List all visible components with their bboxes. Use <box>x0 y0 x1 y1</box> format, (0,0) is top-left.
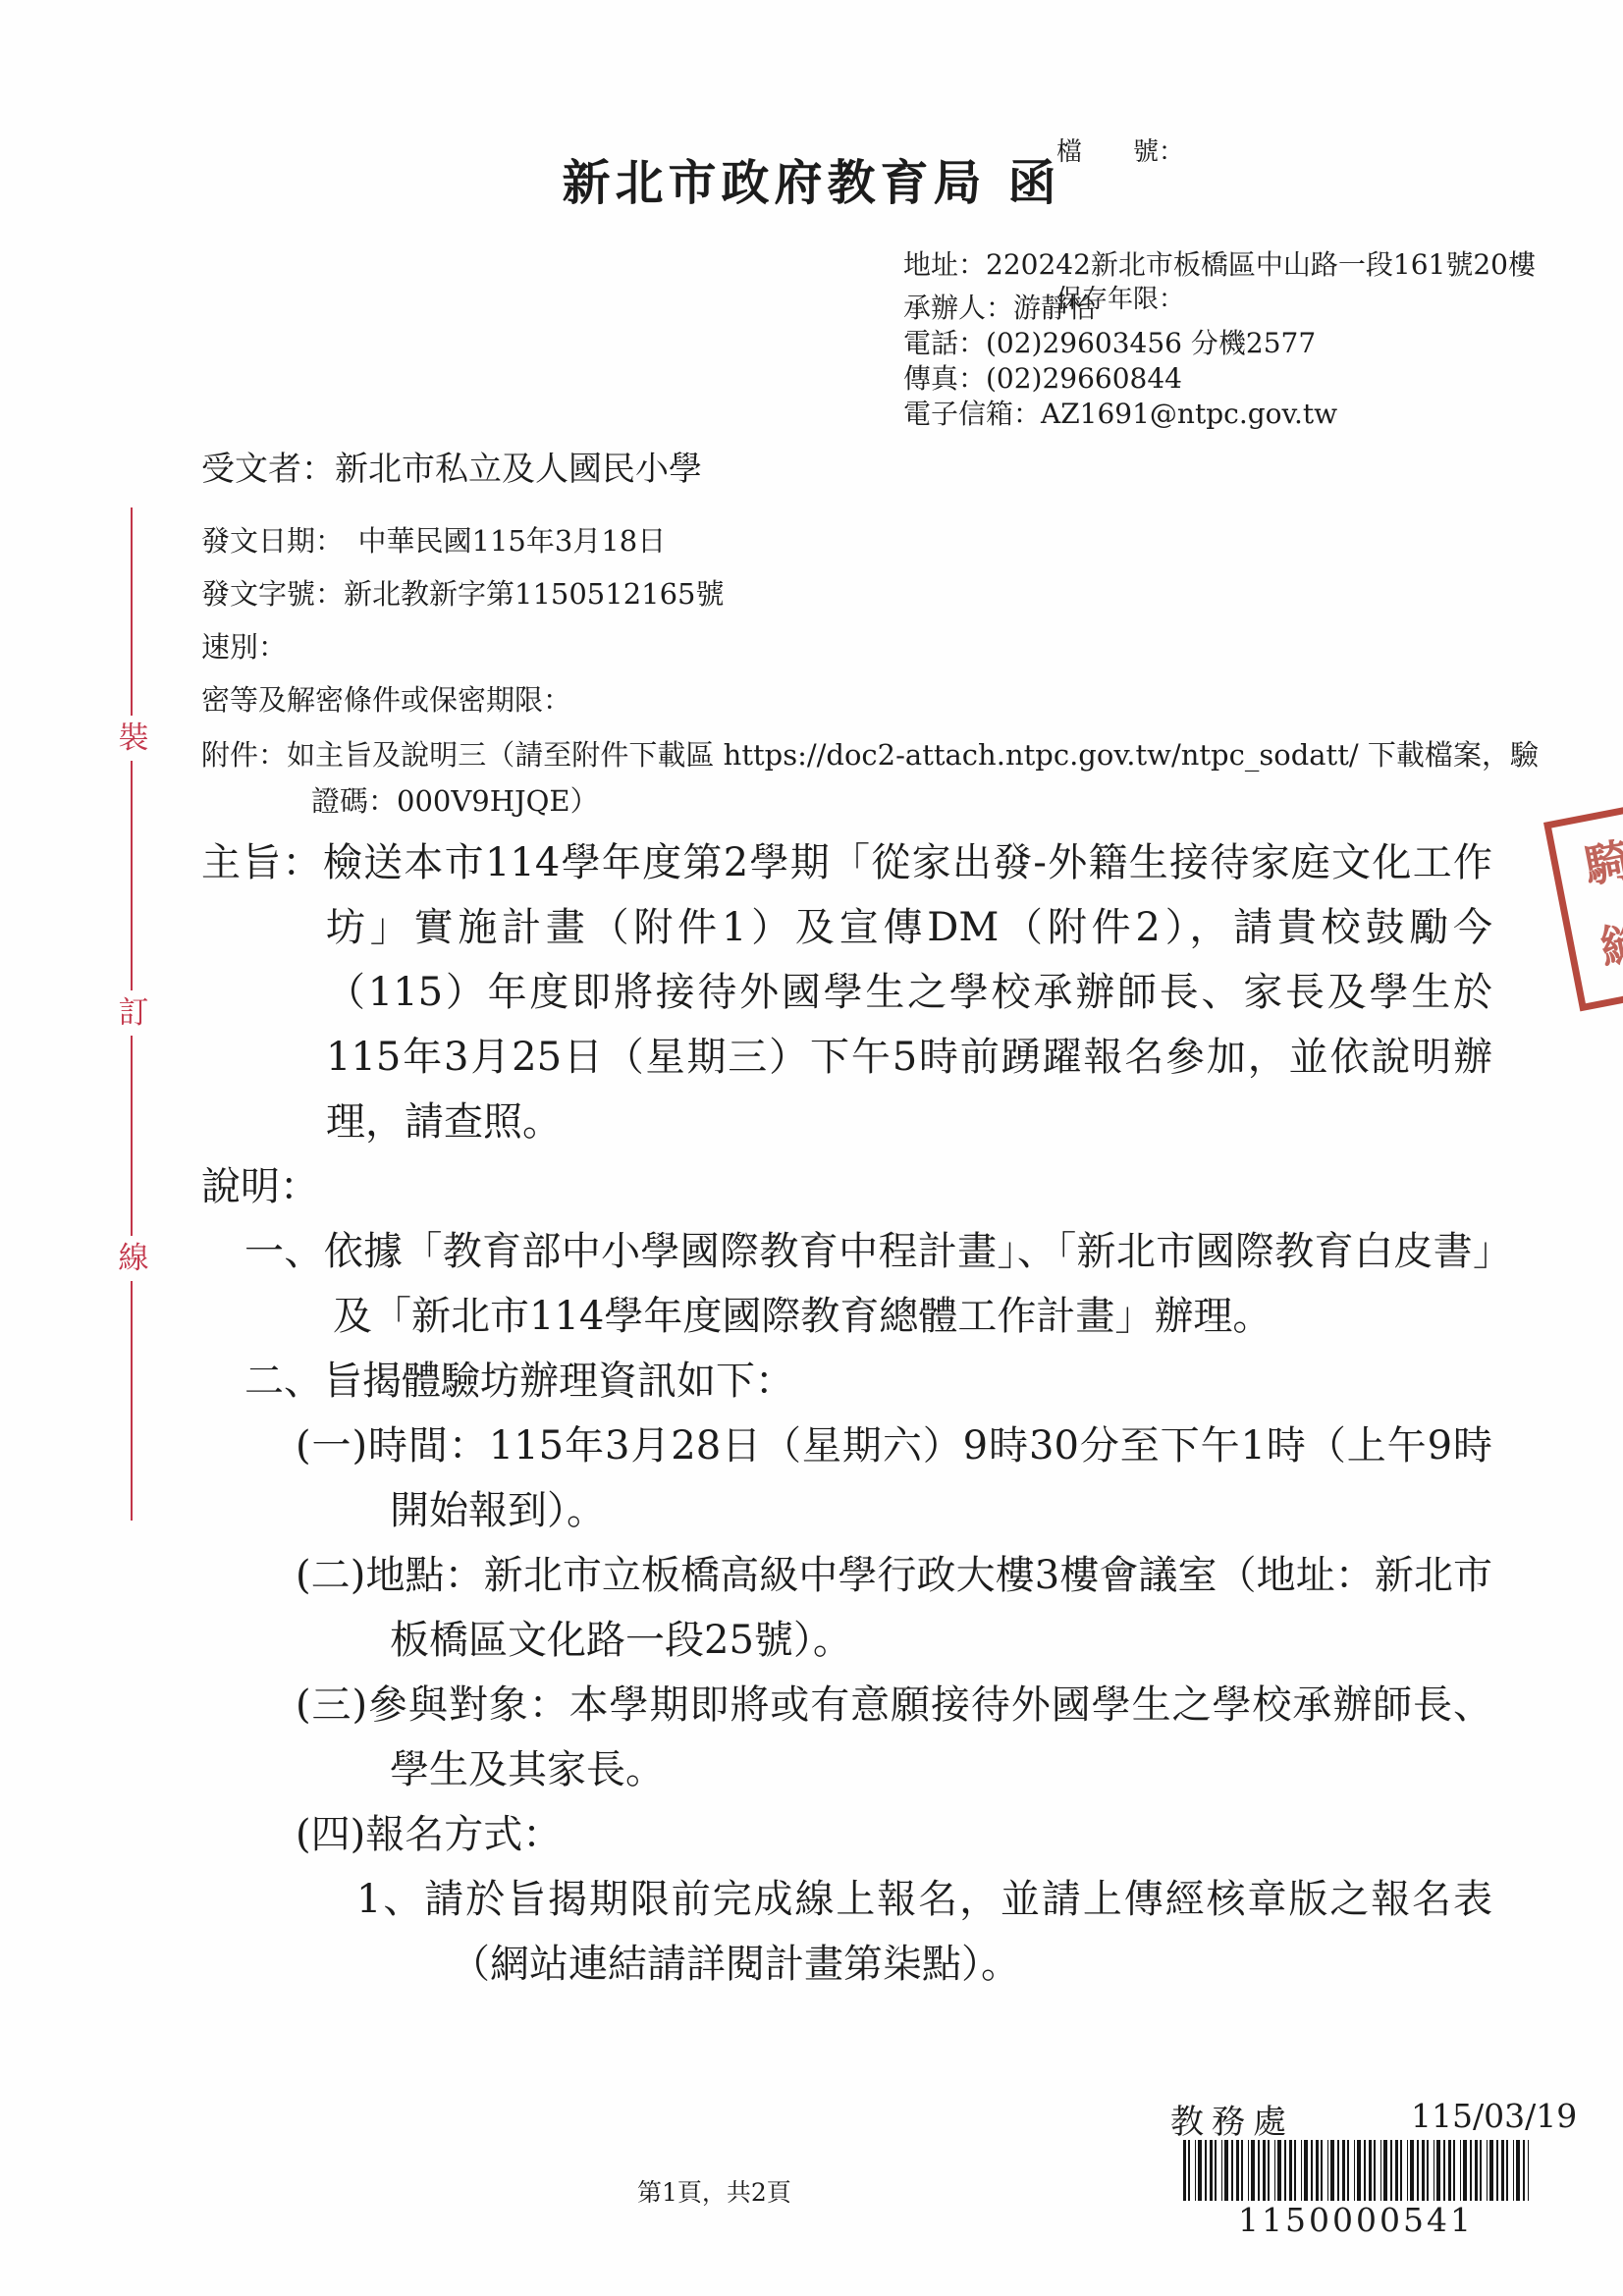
contact-phone: 電話：(02)29603456 分機2577 <box>903 326 1536 361</box>
explanation-items: 一、依據「教育部中小學國際教育中程計畫」、「新北市國際教育白皮書」及「新北市11… <box>201 1219 1492 1997</box>
explanation-heading: 說明： <box>201 1154 1492 1219</box>
contact-person: 承辦人：游靜怡 <box>903 291 1536 326</box>
list-item-label: (三) <box>296 1682 367 1728</box>
page-seal-stamp: 騎 縫 <box>1543 776 1623 1011</box>
meta-block: 發文日期： 中華民國115年3月18日 發文字號：新北教新字第115051216… <box>201 514 1539 825</box>
binding-char-zhuang: 裝 <box>116 716 151 761</box>
contact-address: 地址：220242新北市板橋區中山路一段161號20樓 <box>903 247 1536 283</box>
list-item-text: 報名方式： <box>365 1812 562 1857</box>
list-item: 1、請於旨揭期限前完成線上報名，並請上傳經核章版之報名表（網站連結請詳閱計畫第柒… <box>356 1867 1492 1997</box>
list-item-text: 時間：115年3月28日（星期六）9時30分至下午1時（上午9時開始報到）。 <box>367 1423 1492 1533</box>
attachment-text: 如主旨及說明三（請至附件下載區 https://doc2-attach.ntpc… <box>287 738 1539 818</box>
list-item-label: (一) <box>296 1423 367 1468</box>
letter-body: 主旨：檢送本市114學年度第2學期「從家出發-外籍生接待家庭文化工作坊」實施計畫… <box>201 830 1492 1997</box>
list-item: 一、依據「教育部中小學國際教育中程計畫」、「新北市國際教育白皮書」及「新北市11… <box>244 1219 1492 1349</box>
recipient-line: 受文者：新北市私立及人國民小學 <box>201 442 702 490</box>
list-item-text: 地點：新北市立板橋高級中學行政大樓3樓會議室（地址：新北市板橋區文化路一段25號… <box>365 1553 1492 1663</box>
meta-lines: 發文日期： 中華民國115年3月18日 發文字號：新北教新字第115051216… <box>201 514 1539 726</box>
meta-line: 密等及解密條件或保密期限： <box>201 673 1539 726</box>
list-item-label: 1、 <box>356 1877 424 1922</box>
attachment-line: 附件：如主旨及說明三（請至附件下載區 https://doc2-attach.n… <box>201 732 1539 825</box>
official-letter-page: 檔 號： 保存年限： 新北市政府教育局 函 地址：220242新北市板橋區中山路… <box>0 0 1623 2296</box>
meta-line: 速別： <box>201 620 1539 673</box>
list-item: (三)參與對象：本學期即將或有意願接待外國學生之學校承辦師長、學生及其家長。 <box>296 1673 1492 1802</box>
list-item: 二、旨揭體驗坊辦理資訊如下： <box>244 1349 1492 1414</box>
list-item-label: (二) <box>296 1553 365 1598</box>
barcode-number: 1150000541 <box>1183 2201 1529 2239</box>
binding-char-xian: 線 <box>116 1236 151 1281</box>
seal-char-feng: 縫 <box>1595 905 1623 978</box>
contact-email: 電子信箱：AZ1691@ntpc.gov.tw <box>903 397 1536 432</box>
list-item-text: 請於旨揭期限前完成線上報名，並請上傳經核章版之報名表（網站連結請詳閱計畫第柒點）… <box>424 1877 1492 1987</box>
list-item-text: 參與對象：本學期即將或有意願接待外國學生之學校承辦師長、學生及其家長。 <box>367 1682 1492 1792</box>
binding-char-ding: 訂 <box>116 990 151 1036</box>
binding-line: 裝 訂 線 <box>131 507 133 1521</box>
subject-paragraph: 主旨：檢送本市114學年度第2學期「從家出發-外籍生接待家庭文化工作坊」實施計畫… <box>201 830 1492 1154</box>
list-item-label: 二、 <box>244 1359 323 1404</box>
list-item: (二)地點：新北市立板橋高級中學行政大樓3樓會議室（地址：新北市板橋區文化路一段… <box>296 1543 1492 1673</box>
date-stamp: 115/03/19 <box>1411 2097 1577 2135</box>
meta-line: 發文日期： 中華民國115年3月18日 <box>201 514 1539 567</box>
dept-stamp: 教務處 <box>1170 2095 1294 2143</box>
page-title: 新北市政府教育局 函 <box>0 145 1623 214</box>
barcode <box>1183 2140 1529 2201</box>
seal-char-qi: 騎 <box>1579 825 1623 897</box>
subject-text: 檢送本市114學年度第2學期「從家出發-外籍生接待家庭文化工作坊」實施計畫（附件… <box>323 840 1492 1145</box>
list-item: (四)報名方式： <box>296 1802 1492 1867</box>
list-item-text: 旨揭體驗坊辦理資訊如下： <box>323 1359 794 1404</box>
attachment-label: 附件： <box>201 738 287 772</box>
subject-label: 主旨： <box>201 840 323 885</box>
contact-fax: 傳真：(02)29660844 <box>903 361 1536 397</box>
list-item-label: (四) <box>296 1812 365 1857</box>
page-number: 第1頁，共2頁 <box>637 2173 791 2209</box>
list-item-label: 一、 <box>244 1229 324 1274</box>
list-item: (一)時間：115年3月28日（星期六）9時30分至下午1時（上午9時開始報到）… <box>296 1414 1492 1543</box>
meta-line: 發文字號：新北教新字第1150512165號 <box>201 567 1539 620</box>
list-item-text: 依據「教育部中小學國際教育中程計畫」、「新北市國際教育白皮書」及「新北市114學… <box>324 1229 1492 1339</box>
contact-block: 地址：220242新北市板橋區中山路一段161號20樓 承辦人：游靜怡 電話：(… <box>903 247 1536 432</box>
